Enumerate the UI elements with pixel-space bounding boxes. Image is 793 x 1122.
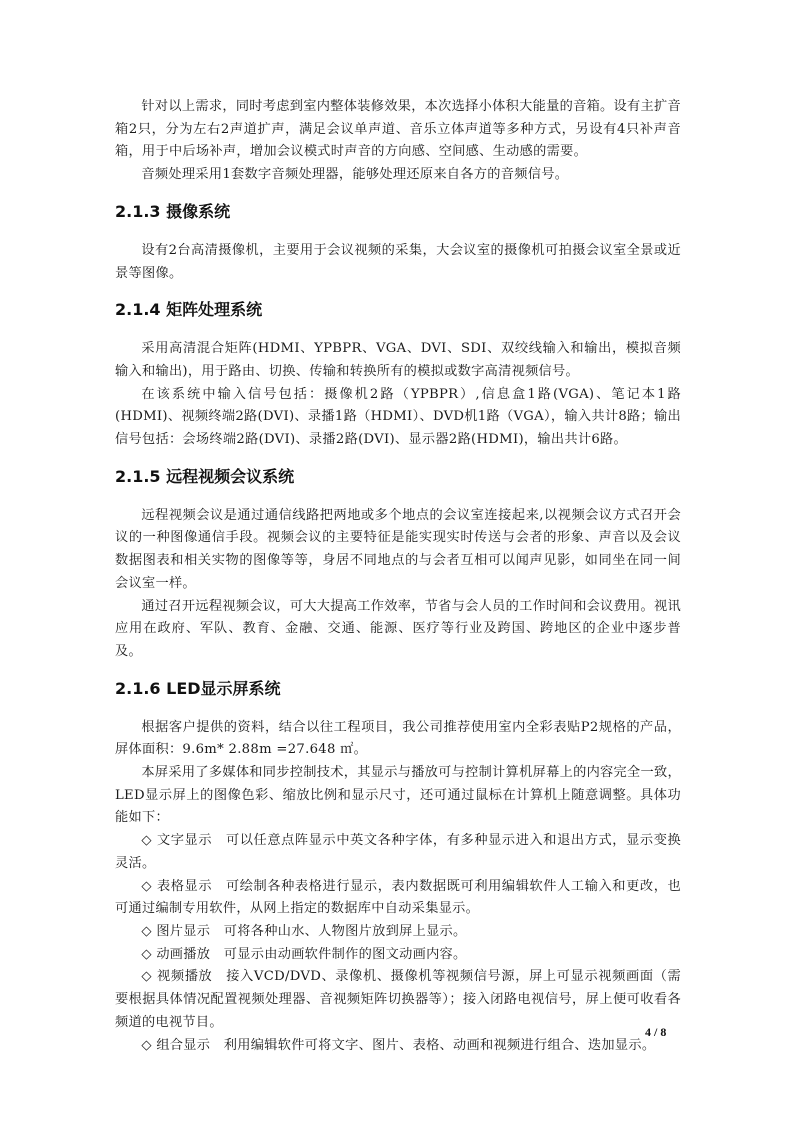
led-feature-table-display: ◇ 表格显示 可绘制各种表格进行显示，表内数据既可利用编辑软件人工输入和更改，也…	[115, 876, 681, 921]
video-conference-paragraph-1: 远程视频会议是通过通信线路把两地或多个地点的会议室连接起来,以视频会议方式召开会…	[115, 505, 681, 596]
video-conference-paragraph-2: 通过召开远程视频会议，可大大提高工作效率，节省与会人员的工作时间和会议费用。视讯…	[115, 596, 681, 664]
led-feature-text-display: ◇ 文字显示 可以任意点阵显示中英文各种字体，有多种显示进入和退出方式，显示变换…	[115, 830, 681, 875]
section-heading-camera: 2.1.3 摄像系统	[115, 201, 681, 223]
led-paragraph-2: 本屏采用了多媒体和同步控制技术，其显示与播放可与控制计算机屏幕上的内容完全一致，…	[115, 762, 681, 830]
page-number: 4 / 8	[645, 1025, 666, 1040]
section-heading-led-display: 2.1.6 LED显示屏系统	[115, 678, 681, 700]
matrix-paragraph-1: 采用高清混合矩阵(HDMI、YPBPR、VGA、DVI、SDI、双绞线输入和输出…	[115, 338, 681, 383]
camera-paragraph-1: 设有2台高清摄像机，主要用于会议视频的采集，大会议室的摄像机可拍摄会议室全景或近…	[115, 240, 681, 285]
document-page: 针对以上需求，同时考虑到室内整体装修效果，本次选择小体积大能量的音箱。设有主扩音…	[115, 96, 681, 1057]
section-heading-video-conference: 2.1.5 远程视频会议系统	[115, 466, 681, 488]
led-feature-video: ◇ 视频播放 接入VCD/DVD、录像机、摄像机等视频信号源，屏上可显示视频画面…	[115, 966, 681, 1034]
led-feature-animation: ◇ 动画播放 可显示由动画软件制作的图文动画内容。	[115, 944, 681, 967]
section-heading-matrix: 2.1.4 矩阵处理系统	[115, 299, 681, 321]
led-paragraph-1: 根据客户提供的资料，结合以往工程项目，我公司推荐使用室内全彩表贴P2规格的产品，…	[115, 717, 681, 762]
led-feature-image-display: ◇ 图片显示 可将各种山水、人物图片放到屏上显示。	[115, 921, 681, 944]
matrix-paragraph-2: 在该系统中输入信号包括：摄像机2路（YPBPR）,信息盒1路(VGA)、笔记本1…	[115, 384, 681, 452]
led-feature-combined: ◇ 组合显示 利用编辑软件可将文字、图片、表格、动画和视频进行组合、迭加显示。	[115, 1035, 681, 1058]
intro-paragraph-2: 音频处理采用1套数字音频处理器，能够处理还原来自各方的音频信号。	[115, 164, 681, 187]
intro-paragraph-1: 针对以上需求，同时考虑到室内整体装修效果，本次选择小体积大能量的音箱。设有主扩音…	[115, 96, 681, 164]
